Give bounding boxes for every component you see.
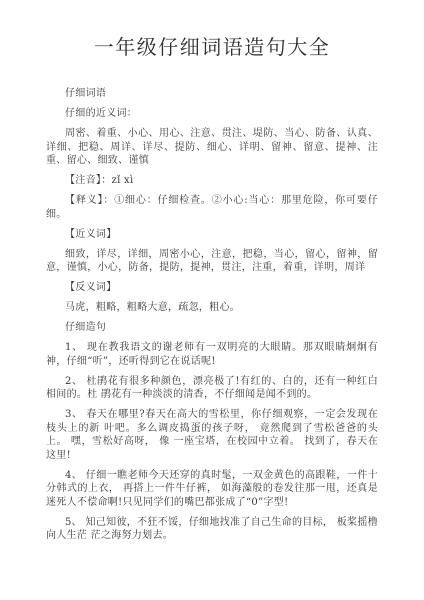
paragraph: 1、 现在教我语文的谢老师有一双明亮的大眼睛。那双眼睛炯炯有神，仔细“听”，还听… — [46, 341, 378, 368]
paragraph: 仔细的近义词： — [46, 107, 378, 121]
paragraph: 周密、着重、小心、用心、注意、贯注、堤防、当心、防备、认真、详细、把稳、周详、详… — [46, 127, 378, 168]
paragraph: 【近义词】 — [46, 228, 378, 242]
paragraph: 马虎，粗略，粗略大意，疏忽，粗心。 — [46, 301, 378, 315]
paragraph: 4、 仔细一瞧老师今天还穿的真时髦，一双金黄色的高跟鞋，一件十分韩式的上衣， 再… — [46, 469, 378, 510]
paragraph: 细致，详尽，详细，周密小心，注意，把稳，当心，留心，留神，留意，谨慎，小心，防备… — [46, 248, 378, 275]
paragraph: 【注音】：zǐ xì — [46, 174, 378, 188]
page-title: 一年级仔细词语造句大全 — [46, 34, 378, 60]
paragraph: 【反义词】 — [46, 281, 378, 295]
document-page: 一年级仔细词语造句大全 仔细词语仔细的近义词：周密、着重、小心、用心、注意、贯注… — [0, 0, 424, 600]
paragraph: 仔细词语 — [46, 87, 378, 101]
paragraph: 5、 知己知彼，不狂不馁，仔细地找准了自己生命的目标， 板桨摇橹向人生茫 茫之海… — [46, 516, 378, 543]
paragraph: 3、 春天在哪里?春天在高大的雪松里，你仔细观察，一定会发现在枝头上的新 叶吧。… — [46, 408, 378, 462]
paragraph: 仔细造句 — [46, 321, 378, 335]
paragraph: 2、 杜鹃花有很多种颜色，漂亮极了!有红的、白的，还有一种红白相间的。杜 鹃花有… — [46, 375, 378, 402]
paragraph: 【释义】：①细心：仔细检查。②小心:当心：那里危险，你可要仔细。 — [46, 194, 378, 221]
document-body: 仔细词语仔细的近义词：周密、着重、小心、用心、注意、贯注、堤防、当心、防备、认真… — [46, 87, 378, 543]
